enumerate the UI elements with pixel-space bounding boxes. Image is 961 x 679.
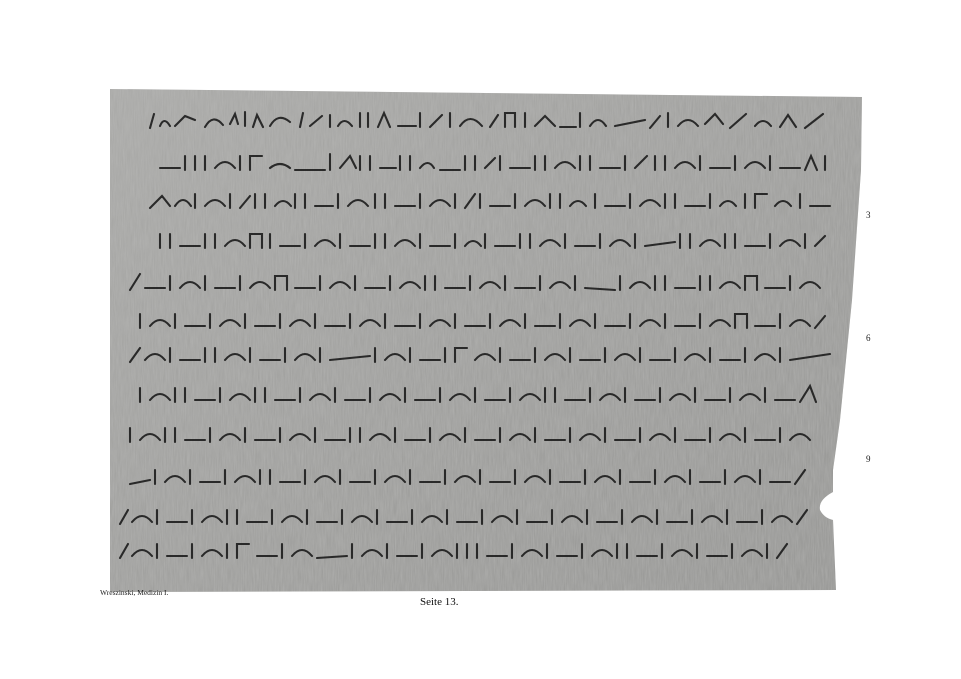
page-label: Seite 13. <box>420 596 459 608</box>
plate-caption: Wreszinski, Medizin I. <box>100 588 168 597</box>
line-number-3: 3 <box>866 210 871 220</box>
manuscript-plate: 3 6 9 Wreszinski, Medizin I. Seite 13. <box>0 0 961 679</box>
papyrus-photograph <box>0 0 961 679</box>
line-number-9: 9 <box>866 454 871 464</box>
line-number-6: 6 <box>866 333 871 343</box>
